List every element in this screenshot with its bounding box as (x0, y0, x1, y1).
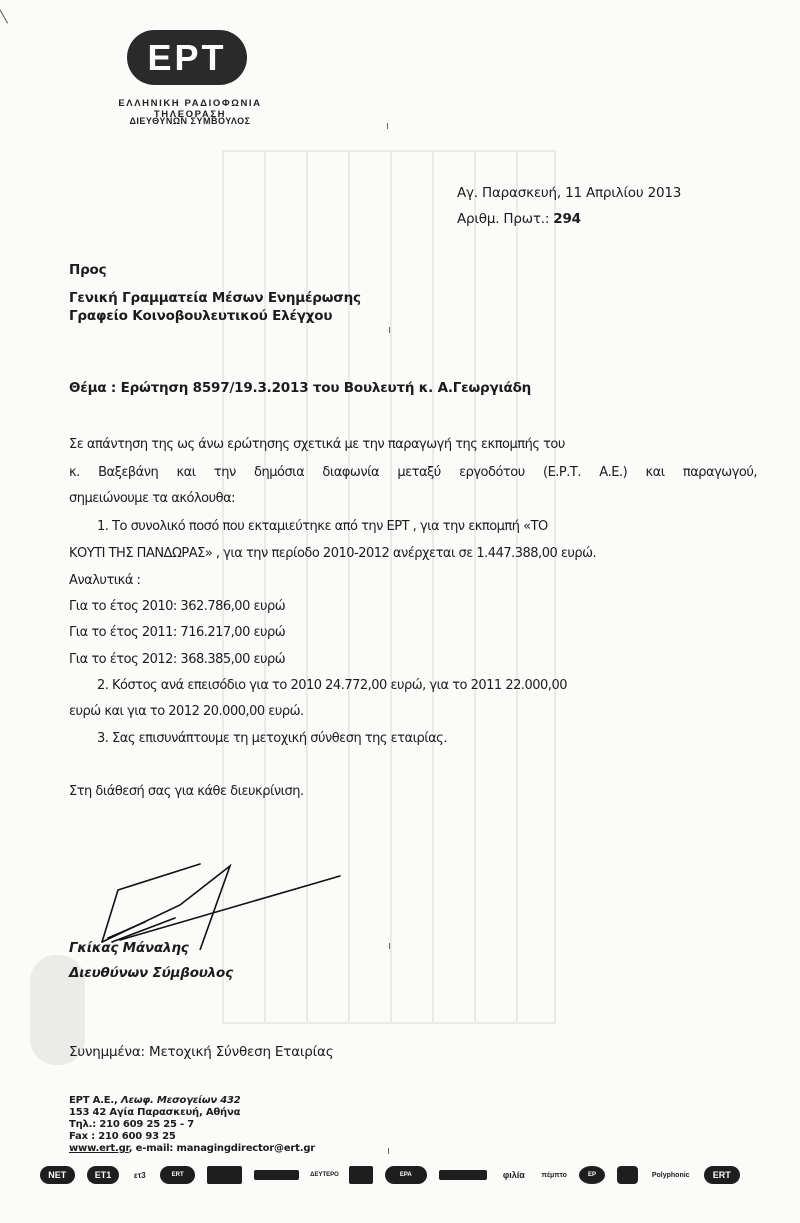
net-logo: NET (40, 1166, 75, 1184)
ert-logo-text: EPT (147, 37, 226, 79)
place-date: Αγ. Παρασκευή, 11 Απριλίου 2013 (457, 185, 681, 201)
scan-mark (389, 943, 390, 949)
trito-logo (349, 1166, 372, 1184)
breakdown-2012: Για το έτος 2012: 368.385,00 ευρώ (69, 652, 285, 667)
protocol-number: 294 (553, 211, 581, 227)
scan-corner-mark (0, 2, 17, 23)
attachments-line: Συνημμένα: Μετοχική Σύνθεση Εταιρίας (69, 1044, 333, 1060)
footer-city: 153 42 Αγία Παρασκευή, Αθήνα (69, 1107, 240, 1118)
footer-email: , e-mail: managingdirector@ert.gr (129, 1143, 315, 1154)
item-1-line-1: 1. Το συνολικό ποσό που εκταμιεύτηκε από… (97, 519, 548, 534)
footer-fax: Fax : 210 600 93 25 (69, 1131, 176, 1142)
breakdown-2011: Για το έτος 2011: 716.217,00 ευρώ (69, 625, 285, 640)
et3-logo: ετ3 (131, 1166, 148, 1184)
recipient-line-2: Γραφείο Κοινοβουλευτικού Ελέγχου (69, 308, 332, 324)
item-1-line-2: ΚΟΥΤΙ ΤΗΣ ΠΑΝΔΩΡΑΣ» , για την περίοδο 20… (69, 546, 596, 561)
breakdown-2010: Για το έτος 2010: 362.786,00 ευρώ (69, 599, 285, 614)
pempto-logo: πέμπτο (541, 1166, 567, 1184)
scan-mark (389, 327, 390, 333)
website-link[interactable]: www.ert.gr (69, 1143, 129, 1154)
footer-contact: www.ert.gr, e-mail: managingdirector@ert… (69, 1143, 315, 1154)
footer-company: ΕΡΤ Α.Ε., (69, 1095, 121, 1106)
signatory-title: Διευθύνων Σύμβουλος (69, 965, 233, 981)
ert-world-logo: ERT (160, 1166, 195, 1184)
breakdown-label: Αναλυτικά : (69, 573, 140, 588)
letter-page: EPT ΕΛΛΗΝΙΚΗ ΡΑΔΙΟΦΩΝΙΑ ΤΗΛΕΟΡΑΣΗ ΔΙΕΥΘΥ… (0, 0, 800, 1223)
channel-logos-strip: NET ET1 ετ3 ERT ΔΕΥΤΕΡΟ ΕΡΑ φιλία πέμπτο… (40, 1160, 740, 1190)
deftero-logo: ΔΕΥΤΕΡΟ (311, 1166, 337, 1184)
polyphonic-logo: Polyphonic (650, 1166, 692, 1184)
protocol-number-line: Αριθμ. Πρωτ.: 294 (457, 211, 581, 227)
subject-line: Θέμα : Ερώτηση 8597/19.3.2013 του Βουλευ… (69, 380, 531, 396)
recipient-to-label: Προς (69, 262, 106, 278)
intro-line-3: σημειώνουμε τα ακόλουθα: (69, 491, 235, 506)
recipient-line-1: Γενική Γραμματεία Μέσων Ενημέρωσης (69, 290, 361, 306)
radio-logo-bar (254, 1170, 300, 1180)
scan-mark (387, 123, 388, 129)
footer-address-line-1: ΕΡΤ Α.Ε., Λεωφ. Μεσογείων 432 (69, 1095, 241, 1106)
item-2-line-1: 2. Κόστος ανά επεισόδιο για το 2010 24.7… (97, 678, 567, 693)
ert-sport-logo: ΕΡΑ (385, 1166, 427, 1184)
et1-logo: ET1 (87, 1166, 120, 1184)
prisma-logo (207, 1166, 242, 1184)
era-circle-logo: ΕΡ (579, 1166, 604, 1184)
filia-logo: φιλία (499, 1166, 529, 1184)
item-2-line-2: ευρώ και για το 2012 20.000,00 ευρώ. (69, 704, 304, 719)
handwritten-signature (90, 860, 350, 950)
intro-line-1: Σε απάντηση της ως άνω ερώτησης σχετικά … (69, 437, 565, 452)
footer-phone: Τηλ.: 210 609 25 25 - 7 (69, 1119, 194, 1130)
closing-line: Στη διάθεσή σας για κάθε διευκρίνιση. (69, 784, 304, 799)
footer-street: Λεωφ. Μεσογείων 432 (121, 1095, 241, 1106)
intro-line-2: κ. Βαξεβάνη και την δημόσια διαφωνία μετ… (69, 465, 757, 480)
protocol-label: Αριθμ. Πρωτ.: (457, 211, 553, 227)
signatory-name: Γκίκας Μάναλης (69, 940, 189, 956)
shield-logo (617, 1166, 638, 1184)
radio-logo-bar-2 (439, 1170, 487, 1180)
scan-mark (388, 1148, 389, 1154)
department-name: ΔΙΕΥΘΥΝΩΝ ΣΥΜΒΟΥΛΟΣ (84, 116, 296, 126)
ert-logo: EPT (127, 30, 247, 85)
ert-small-logo: ERT (704, 1166, 740, 1184)
item-3: 3. Σας επισυνάπτουμε τη μετοχική σύνθεση… (97, 731, 447, 746)
